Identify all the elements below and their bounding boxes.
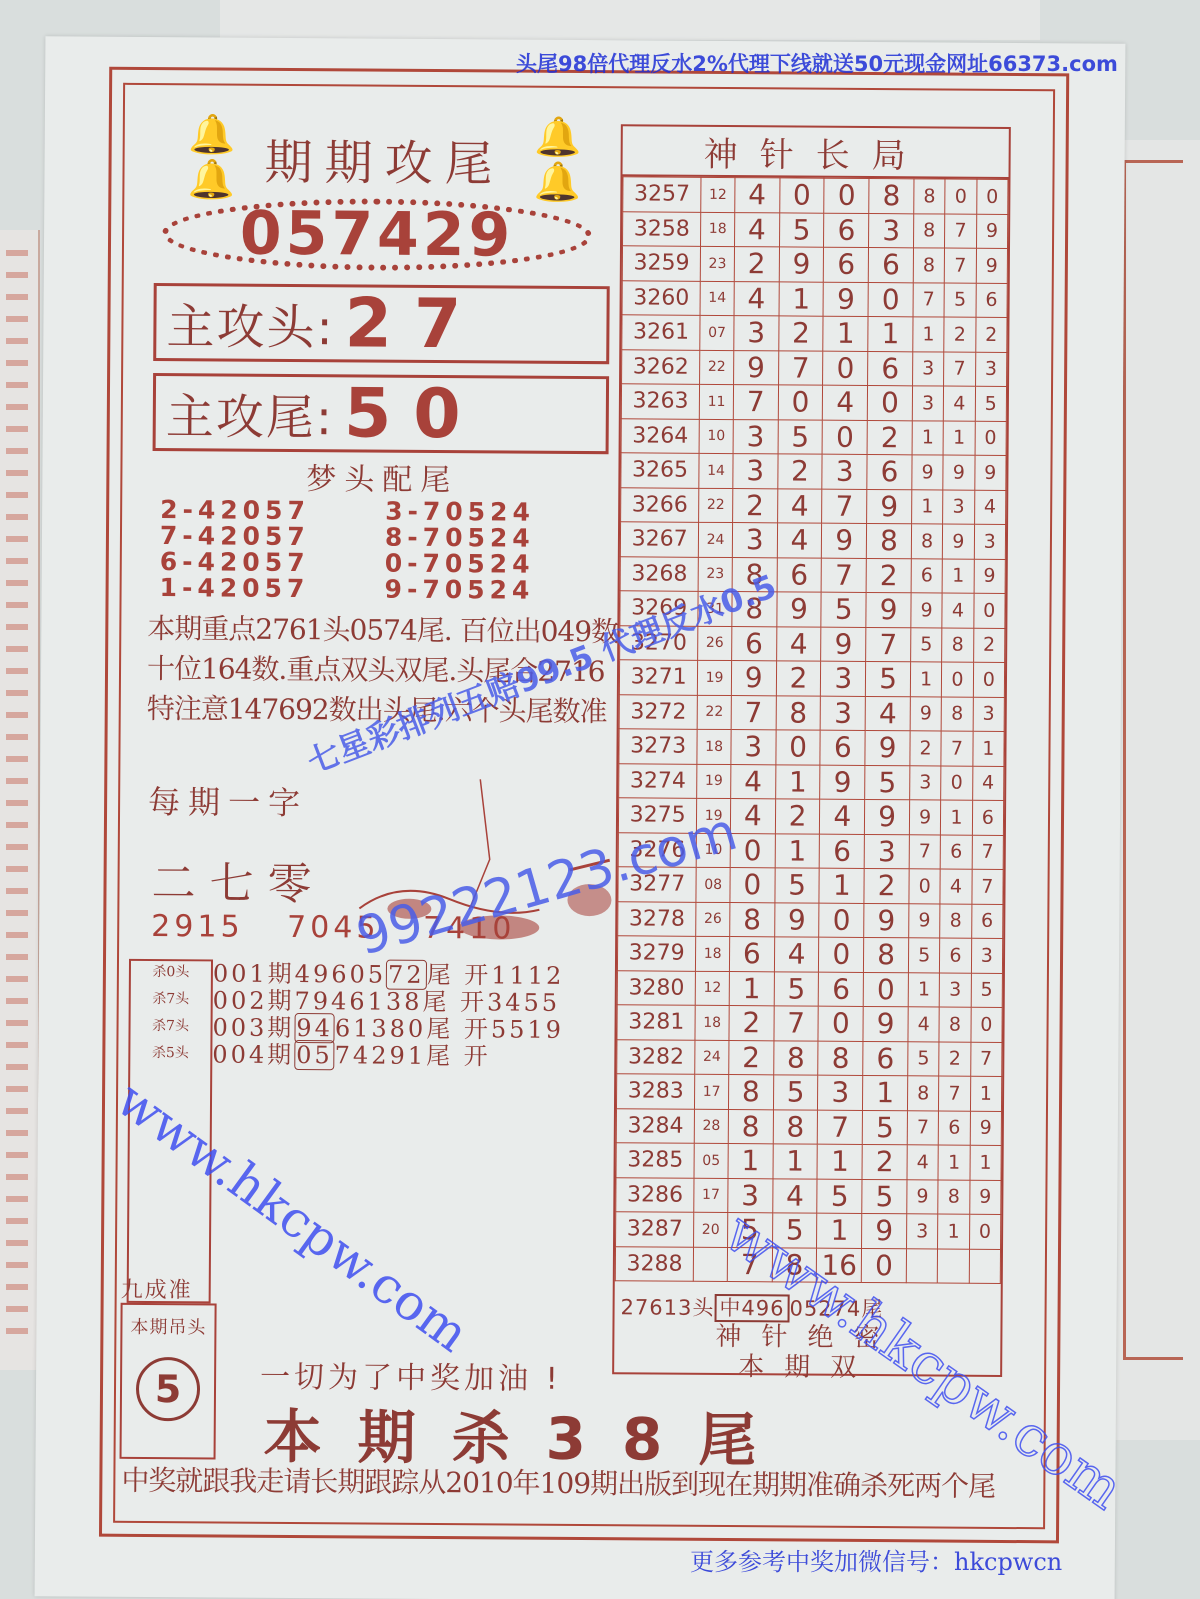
table-cell-issue: 3281 xyxy=(617,1005,696,1040)
table-cell-d: 4 xyxy=(772,1178,817,1213)
each-issue-label: 每期一字 xyxy=(148,777,308,824)
table-cell-s: 2 xyxy=(939,1042,971,1077)
table-cell-d: 8 xyxy=(867,523,912,558)
table-row: 3285051112411 xyxy=(616,1143,1001,1180)
table-cell-issue: 3262 xyxy=(622,349,701,384)
table-cell-s: 2 xyxy=(973,628,1005,663)
table-cell-s: 8 xyxy=(941,697,973,732)
table-cell-d: 7 xyxy=(822,558,867,593)
table-cell-d: 4 xyxy=(730,799,775,834)
table-row: 3266222479134 xyxy=(621,487,1006,524)
table-cell-s: 3 xyxy=(906,1214,938,1249)
table-cell-s: 0 xyxy=(941,766,973,801)
table-cell-d: 2 xyxy=(776,661,821,696)
table-cell-s: 4 xyxy=(940,869,972,904)
table-cell-issue: 3265 xyxy=(621,453,700,488)
table-cell-sum: 22 xyxy=(700,350,734,385)
table-cell-d: 4 xyxy=(734,281,779,316)
table-cell-d: 9 xyxy=(779,247,824,282)
table-cell-d: 1 xyxy=(863,1075,908,1110)
table-cell-s: 7 xyxy=(970,1042,1002,1077)
table-row: 3286173455989 xyxy=(616,1177,1001,1214)
table-cell-s: 4 xyxy=(974,490,1006,525)
table-cell-sum: 18 xyxy=(696,936,730,971)
table-cell-d: 8 xyxy=(869,179,914,214)
table-cell-d: 5 xyxy=(821,592,866,627)
table-cell-s: 4 xyxy=(907,1145,939,1180)
table-cell-d: 4 xyxy=(734,212,779,247)
table-row: 3284288875769 xyxy=(616,1108,1001,1145)
table-cell-d: 6 xyxy=(868,248,913,283)
table-cell-s: 3 xyxy=(912,386,944,421)
table-cell-d: 3 xyxy=(821,696,866,731)
table-cell-sum: 26 xyxy=(696,902,730,937)
table-row: 3271199235100 xyxy=(619,660,1004,697)
table-row: 3282242886527 xyxy=(617,1039,1002,1076)
table-cell-s: 1 xyxy=(908,972,940,1007)
table-cell-s: 9 xyxy=(909,903,941,938)
table-cell-s: 0 xyxy=(976,179,1008,214)
table-cell-s: 3 xyxy=(943,490,975,525)
table-cell-issue: 3260 xyxy=(622,280,701,315)
table-cell-s: 7 xyxy=(972,835,1004,870)
table-cell-d: 2 xyxy=(729,1006,774,1041)
table-cell-s: 1 xyxy=(938,1214,970,1249)
table-cell-d: 0 xyxy=(778,385,823,420)
table-cell-d: 8 xyxy=(773,1040,818,1075)
table-cell-d: 9 xyxy=(864,903,909,938)
table-cell-d: 5 xyxy=(865,765,910,800)
table-cell-s: 7 xyxy=(944,352,976,387)
table-cell-s: 6 xyxy=(971,904,1003,939)
table-row: 3257124008800 xyxy=(623,177,1008,214)
table-cell-d: 5 xyxy=(774,971,819,1006)
table-cell-s: 8 xyxy=(914,179,946,214)
attack-head-label: 主攻头: xyxy=(166,288,335,358)
table-cell-d: 4 xyxy=(735,178,780,213)
table-cell-s: 6 xyxy=(911,558,943,593)
table-cell-s: 1 xyxy=(910,662,942,697)
table-cell-issue: 3266 xyxy=(621,487,700,522)
table-cell-sum: 11 xyxy=(700,384,734,419)
background-paper-left xyxy=(0,230,40,1370)
table-cell-issue: 3267 xyxy=(620,522,699,557)
table-cell-d: 0 xyxy=(863,972,908,1007)
table-cell-issue: 3280 xyxy=(617,970,696,1005)
table-cell-d: 6 xyxy=(729,937,774,972)
table-cell-d: 9 xyxy=(865,730,910,765)
table-cell-s: 8 xyxy=(938,1180,970,1215)
footer-note: 中奖就跟我走请长期跟踪从2010年109期出版到现在期期准确杀死两个尾 xyxy=(121,1459,1051,1505)
title-row: 🔔🔔 期期攻尾 🔔🔔 xyxy=(154,117,615,200)
table-cell-s xyxy=(969,1249,1001,1284)
table-cell-d: 8 xyxy=(773,1109,818,1144)
table-cell-sum: 17 xyxy=(695,1074,729,1109)
table-cell-s: 9 xyxy=(912,455,944,490)
attack-head-box: 主攻头: 27 xyxy=(153,283,610,364)
bell-icon: 🔔🔔 xyxy=(522,115,593,205)
table-cell-d: 0 xyxy=(819,937,864,972)
table-cell-s: 4 xyxy=(942,593,974,628)
table-cell-s: 5 xyxy=(908,1041,940,1076)
table-row: 3258184563879 xyxy=(623,211,1008,248)
table-row: 3262229706373 xyxy=(622,349,1007,386)
table-cell-d: 9 xyxy=(863,1006,908,1041)
table-cell-s: 9 xyxy=(974,455,1006,490)
accuracy-label: 九成准 xyxy=(121,1273,193,1305)
table-cell-d: 7 xyxy=(778,350,823,385)
table-row: 3274194195304 xyxy=(619,763,1004,800)
table-cell-d: 7 xyxy=(866,627,911,662)
table-cell-s: 2 xyxy=(944,317,976,352)
table-cell-s: 6 xyxy=(940,835,972,870)
table-cell-s: 7 xyxy=(939,1076,971,1111)
table-cell-d: 0 xyxy=(779,178,824,213)
table-cell-issue: 3273 xyxy=(619,729,698,764)
table-cell-s: 3 xyxy=(910,765,942,800)
table-cell-s: 6 xyxy=(976,283,1008,318)
table-cell-d: 9 xyxy=(774,902,819,937)
table-cell-d: 9 xyxy=(821,627,866,662)
table-cell-issue: 3271 xyxy=(619,660,698,695)
table-cell-d: 5 xyxy=(862,1110,907,1145)
attack-tail-box: 主攻尾: 50 xyxy=(153,373,610,454)
table-cell-d: 4 xyxy=(774,937,819,972)
table-cell-s: 9 xyxy=(974,559,1006,594)
table-cell-d: 8 xyxy=(864,937,909,972)
table-cell-d: 6 xyxy=(824,247,869,282)
table-title: 神针长局 xyxy=(622,126,1008,179)
table-row: 3278268909986 xyxy=(618,901,1003,938)
table-cell-d: 3 xyxy=(818,1075,863,1110)
table-cell-d: 9 xyxy=(866,592,911,627)
table-cell-issue: 3282 xyxy=(617,1039,696,1074)
table-cell-d: 9 xyxy=(820,765,865,800)
table-cell-s: 0 xyxy=(973,593,1005,628)
table-cell-d: 6 xyxy=(867,454,912,489)
table-cell-d: 9 xyxy=(733,350,778,385)
table-cell-s: 9 xyxy=(943,455,975,490)
table-cell-d: 8 xyxy=(730,902,775,937)
bell-icon: 🔔🔔 xyxy=(176,112,247,202)
table-cell-d: 0 xyxy=(868,282,913,317)
table-cell-d: 2 xyxy=(734,247,779,282)
table-cell-d: 0 xyxy=(824,178,869,213)
table-cell-issue: 3278 xyxy=(618,901,697,936)
table-row: 3279186408563 xyxy=(617,936,1002,973)
table-cell-s: 9 xyxy=(969,1180,1001,1215)
dream-pair: 8-70524 xyxy=(385,525,610,552)
table-cell-d: 3 xyxy=(864,834,909,869)
table-cell-s: 9 xyxy=(909,800,941,835)
table-cell-sum: 24 xyxy=(699,522,733,557)
table-cell-s: 9 xyxy=(911,593,943,628)
table-row: 3268238672619 xyxy=(620,556,1005,593)
draw-history-table: 神针长局 32571240088003258184563879325923296… xyxy=(612,124,1011,1377)
table-cell-issue: 3257 xyxy=(623,177,702,212)
table-cell-s: 1 xyxy=(943,421,975,456)
table-cell-s: 3 xyxy=(939,973,971,1008)
dream-pair: 3-70524 xyxy=(385,499,610,526)
table-cell-issue: 3272 xyxy=(619,694,698,729)
hang-head-value: 5 xyxy=(136,1357,200,1421)
table-cell-d: 5 xyxy=(862,1179,907,1214)
table-cell-d: 1 xyxy=(817,1213,862,1248)
table-cell-sum: 17 xyxy=(694,1178,728,1213)
table-cell-issue: 3287 xyxy=(616,1212,695,1247)
table-cell-d: 1 xyxy=(819,868,864,903)
table-cell-d: 9 xyxy=(822,523,867,558)
table-cell-s: 9 xyxy=(910,696,942,731)
table-cell-d: 1 xyxy=(868,316,913,351)
table-cell-s: 5 xyxy=(971,973,1003,1008)
table-cell-s: 5 xyxy=(908,938,940,973)
table-cell-s: 0 xyxy=(945,179,977,214)
table-cell-d: 7 xyxy=(731,695,776,730)
table-cell-s: 1 xyxy=(938,1145,970,1180)
table-row: 3281182709480 xyxy=(617,1005,1002,1042)
table-cell-d: 4 xyxy=(823,385,868,420)
table-cell-d: 2 xyxy=(864,868,909,903)
table-cell-s: 0 xyxy=(975,421,1007,456)
table-cell-issue: 3258 xyxy=(623,211,702,246)
table-cell-issue: 3279 xyxy=(617,936,696,971)
table-cell-d: 0 xyxy=(823,351,868,386)
table-cell-s: 6 xyxy=(940,938,972,973)
table-cell-d: 6 xyxy=(820,730,865,765)
dream-pair: 6-42057 xyxy=(160,549,385,576)
table-cell-d: 2 xyxy=(778,316,823,351)
table-cell-d: 9 xyxy=(865,799,910,834)
table-cell-d: 9 xyxy=(823,282,868,317)
table-row: 3265143236999 xyxy=(621,453,1006,490)
table-cell-d: 2 xyxy=(867,420,912,455)
table-cell-s: 7 xyxy=(972,869,1004,904)
table-cell-issue: 3264 xyxy=(621,418,700,453)
table-row: 3264103502110 xyxy=(621,418,1006,455)
table-cell-d: 2 xyxy=(862,1144,907,1179)
table-cell-s: 7 xyxy=(909,834,941,869)
table-cell-d: 5 xyxy=(773,1075,818,1110)
table-cell-s: 7 xyxy=(907,1110,939,1145)
table-cell-sum: 05 xyxy=(694,1143,728,1178)
table-cell-s: 9 xyxy=(943,524,975,559)
table-cell-d: 9 xyxy=(731,661,776,696)
table-cell-s: 7 xyxy=(913,282,945,317)
table-cell-d: 8 xyxy=(776,695,821,730)
table-cell-s: 1 xyxy=(913,317,945,352)
table-row: 3260144190756 xyxy=(622,280,1007,317)
table-cell-d: 2 xyxy=(775,799,820,834)
table-row: 3272227834983 xyxy=(619,694,1004,731)
table-cell-sum: 23 xyxy=(701,246,735,281)
attack-head-value: 27 xyxy=(344,284,483,364)
table-cell-d: 2 xyxy=(777,454,822,489)
table-cell-d: 8 xyxy=(728,1075,773,1110)
table-cell-s: 9 xyxy=(970,1111,1002,1146)
dream-pairs: 2-42057 3-70524 7-42057 8-70524 6-42057 … xyxy=(160,497,611,603)
dream-pair: 2-42057 xyxy=(160,497,385,524)
table-cell-issue: 3259 xyxy=(622,246,701,281)
table-cell-d: 6 xyxy=(820,834,865,869)
table-row: 3267243498893 xyxy=(620,522,1005,559)
table-cell-s: 9 xyxy=(976,248,1008,283)
table-cell-s: 8 xyxy=(939,1007,971,1042)
table-cell-d: 6 xyxy=(732,626,777,661)
table-cell-d: 3 xyxy=(822,454,867,489)
hang-head-label: 本期吊头 xyxy=(122,1313,214,1340)
kill-records: 杀0头 001期4960572尾 开1112 杀7头 002期7946138尾 … xyxy=(128,957,619,1068)
table-cell-d: 5 xyxy=(817,1179,862,1214)
table-cell-d: 0 xyxy=(867,385,912,420)
table-cell-sum: 22 xyxy=(697,695,731,730)
table-cell-sum: 24 xyxy=(695,1040,729,1075)
table-cell-s: 1 xyxy=(942,559,974,594)
table-cell-s: 7 xyxy=(945,214,977,249)
table-cell-d: 1 xyxy=(779,281,824,316)
table-cell-s: 8 xyxy=(913,213,945,248)
table-cell-d: 1 xyxy=(823,316,868,351)
table-cell-s: 3 xyxy=(973,697,1005,732)
table-cell-d: 6 xyxy=(777,557,822,592)
table-cell-s: 3 xyxy=(975,352,1007,387)
table-cell-s: 9 xyxy=(976,214,1008,249)
attack-tail-label: 主攻尾: xyxy=(166,378,335,448)
table-cell-d: 3 xyxy=(733,454,778,489)
table-cell-d: 2 xyxy=(866,558,911,593)
table-cell-issue: 3268 xyxy=(620,556,699,591)
table-cell-s: 7 xyxy=(941,731,973,766)
table-cell-s: 6 xyxy=(939,1111,971,1146)
table-cell-d: 3 xyxy=(734,316,779,351)
table-cell-d: 3 xyxy=(821,661,866,696)
table-cell-d: 3 xyxy=(732,523,777,558)
table-cell-d: 8 xyxy=(818,1041,863,1076)
table-cell-issue: 3288 xyxy=(615,1246,694,1281)
table-cell-d: 0 xyxy=(776,730,821,765)
table-cell-sum: 18 xyxy=(701,212,735,247)
table-cell-s: 5 xyxy=(944,283,976,318)
dream-pair: 1-42057 xyxy=(160,575,385,602)
table-cell-s: 1 xyxy=(972,731,1004,766)
table-cell-d: 1 xyxy=(817,1144,862,1179)
table-cell-d: 5 xyxy=(866,661,911,696)
table-cell-s: 8 xyxy=(942,628,974,663)
table-cell-s: 5 xyxy=(975,386,1007,421)
table-cell-d: 1 xyxy=(773,1144,818,1179)
table-cell-d: 6 xyxy=(824,213,869,248)
table-cell-d: 5 xyxy=(779,212,824,247)
dream-section-title: 梦头配尾 xyxy=(152,453,612,500)
table-cell-d: 3 xyxy=(869,213,914,248)
table-cell-d: 4 xyxy=(777,523,822,558)
table-cell-s: 0 xyxy=(971,1007,1003,1042)
table-cell-d: 4 xyxy=(777,488,822,523)
table-cell-sum: 18 xyxy=(697,729,731,764)
table-cell-sum: 07 xyxy=(700,315,734,350)
table-cell-s: 0 xyxy=(969,1214,1001,1249)
dream-pair: 9-70524 xyxy=(385,577,610,604)
table-cell-d: 0 xyxy=(819,903,864,938)
table-cell-d: 3 xyxy=(733,419,778,454)
page-title: 期期攻尾 xyxy=(264,123,504,194)
table-cell-s: 6 xyxy=(972,800,1004,835)
table-cell-issue: 3261 xyxy=(622,315,701,350)
table-cell-d: 1 xyxy=(728,1144,773,1179)
dream-pair: 0-70524 xyxy=(385,551,610,578)
table-cell-issue: 3283 xyxy=(616,1074,695,1109)
table-cell-s: 0 xyxy=(909,869,941,904)
background-paper-top xyxy=(220,0,1040,40)
table-row: 3259232966879 xyxy=(622,246,1007,283)
table-cell-d: 9 xyxy=(777,592,822,627)
table-cell-issue: 3274 xyxy=(619,763,698,798)
table-cell-d: 0 xyxy=(818,1006,863,1041)
hang-head-box: 本期吊头 5 xyxy=(120,1303,217,1460)
table-cell-d: 7 xyxy=(822,489,867,524)
table-cell-issue: 3286 xyxy=(616,1177,695,1212)
table-cell-s: 2 xyxy=(910,731,942,766)
table-cell-d: 2 xyxy=(732,488,777,523)
table-cell-s: 1 xyxy=(912,420,944,455)
table-cell-issue: 3285 xyxy=(616,1143,695,1178)
table-cell-sum: 12 xyxy=(696,971,730,1006)
table-cell-s: 3 xyxy=(974,524,1006,559)
table-cell-d: 1 xyxy=(729,971,774,1006)
table-row: 3283178531871 xyxy=(616,1074,1001,1111)
table-cell-s: 8 xyxy=(907,1076,939,1111)
table-cell-d: 0 xyxy=(822,420,867,455)
table-cell-s: 4 xyxy=(944,386,976,421)
table-cell-s: 3 xyxy=(971,938,1003,973)
table-cell-issue: 3263 xyxy=(621,384,700,419)
table-cell-sum: 08 xyxy=(696,867,730,902)
table-cell-s: 0 xyxy=(973,662,1005,697)
table-row: 3261073211122 xyxy=(622,315,1007,352)
table-cell-s: 7 xyxy=(945,248,977,283)
table-cell-s: 0 xyxy=(942,662,974,697)
table-cell-d: 2 xyxy=(729,1040,774,1075)
table-cell-d: 5 xyxy=(775,868,820,903)
table-row: 3280121560135 xyxy=(617,970,1002,1007)
table-cell-s: 8 xyxy=(911,524,943,559)
table-cell-d: 4 xyxy=(731,764,776,799)
table-cell-d: 4 xyxy=(865,696,910,731)
table-cell-s: 9 xyxy=(907,1179,939,1214)
table-cell-d: 6 xyxy=(868,351,913,386)
big-words: 二七零 xyxy=(151,847,325,912)
attack-tail-value: 50 xyxy=(344,374,483,454)
draws-grid: 3257124008800325818456387932592329668793… xyxy=(615,176,1009,1284)
table-cell-d: 3 xyxy=(731,730,776,765)
table-cell-s: 2 xyxy=(975,317,1007,352)
table-cell-s: 4 xyxy=(972,766,1004,801)
table-cell-sum: 22 xyxy=(699,488,733,523)
table-cell-d: 6 xyxy=(863,1041,908,1076)
table-cell-s: 1 xyxy=(912,489,944,524)
table-cell-s: 1 xyxy=(941,800,973,835)
table-cell-s: 8 xyxy=(913,248,945,283)
table-cell-sum: 12 xyxy=(701,177,735,212)
table-cell-d: 5 xyxy=(778,419,823,454)
table-cell-sum: 10 xyxy=(699,419,733,454)
table-cell-d: 6 xyxy=(819,972,864,1007)
table-row: 3263117040345 xyxy=(621,384,1006,421)
table-cell-d: 4 xyxy=(776,626,821,661)
dream-pair: 7-42057 xyxy=(160,523,385,550)
table-cell-sum: 19 xyxy=(697,764,731,799)
table-cell-issue: 3284 xyxy=(616,1108,695,1143)
